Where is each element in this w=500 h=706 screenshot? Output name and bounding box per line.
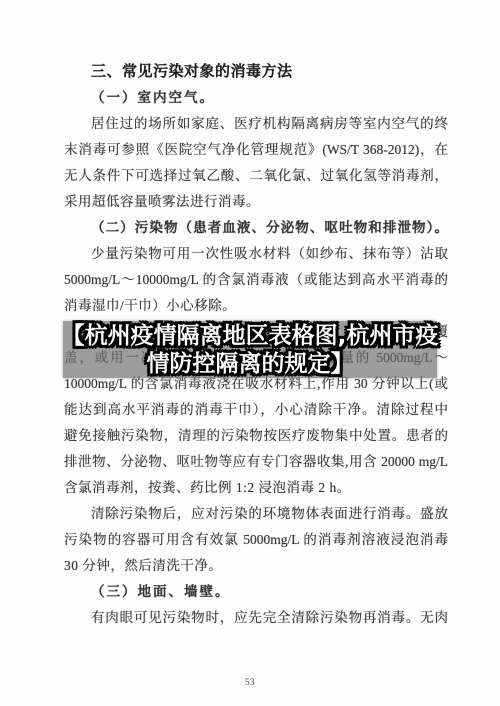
overlay-title-line2: 情防控隔离的规定】 xyxy=(147,350,354,378)
text-line: 无人条件下可选择过氧乙酸、二氧化氯、过氧化氢等消毒剂， xyxy=(64,163,448,189)
text-line: 末消毒可参照《医院空气净化管理规范》(WS/T 368-2012)，在 xyxy=(64,137,448,163)
section-title: 三、常见污染对象的消毒方法 xyxy=(91,59,448,85)
text-line: 含氯消毒剂，按粪、药比例 1:2 浸泡消毒 2 h。 xyxy=(64,475,448,501)
text-line: 排泄物、分泌物、呕吐物等应有专门容器收集,用含 20000 mg/L xyxy=(64,449,448,475)
subsection-heading: （一）室内空气。 xyxy=(64,85,448,111)
text-line: 有肉眼可见污染物时，应先完全清除污染物再消毒。无肉 xyxy=(64,605,448,631)
document-page: 三、常见污染对象的消毒方法（一）室内空气。居住过的场所如家庭、医疗机构隔离病房等… xyxy=(0,0,500,706)
text-line: 居住过的场所如家庭、医疗机构隔离病房等室内空气的终 xyxy=(64,111,448,137)
text-line: 清除污染物后，应对污染的环境物体表面进行消毒。盛放 xyxy=(64,501,448,527)
page-number: 53 xyxy=(0,677,500,687)
overlay-title-line1: 【杭州疫情隔离地区表格图,杭州市疫 xyxy=(62,322,439,350)
text-line: 污染物的容器可用含有效氯 5000mg/L 的消毒剂溶液浸泡消毒 xyxy=(64,527,448,553)
title-overlay-banner: 【杭州疫情隔离地区表格图,杭州市疫 情防控隔离的规定】 xyxy=(63,321,437,378)
subsection-heading: （三）地面、墙壁。 xyxy=(64,579,448,605)
text-line: 避免接触污染物，清理的污染物按医疗废物集中处置。患者的 xyxy=(64,423,448,449)
text-line: 能达到高水平消毒的消毒干巾），小心清除干净。清除过程中 xyxy=(64,397,448,423)
text-line: 少量污染物可用一次性吸水材料（如纱布、抹布等）沾取 xyxy=(64,241,448,267)
text-line: 30 分钟，然后清洗干净。 xyxy=(64,553,448,579)
text-line: 采用超低容量喷雾法进行消毒。 xyxy=(64,189,448,215)
text-line: 消毒湿巾/干巾）小心移除。 xyxy=(64,293,448,319)
text-line: 5000mg/L～10000mg/L 的含氯消毒液（或能达到高水平消毒的 xyxy=(64,267,448,293)
subsection-heading: （二）污染物（患者血液、分泌物、呕吐物和排泄物）。 xyxy=(64,215,448,241)
